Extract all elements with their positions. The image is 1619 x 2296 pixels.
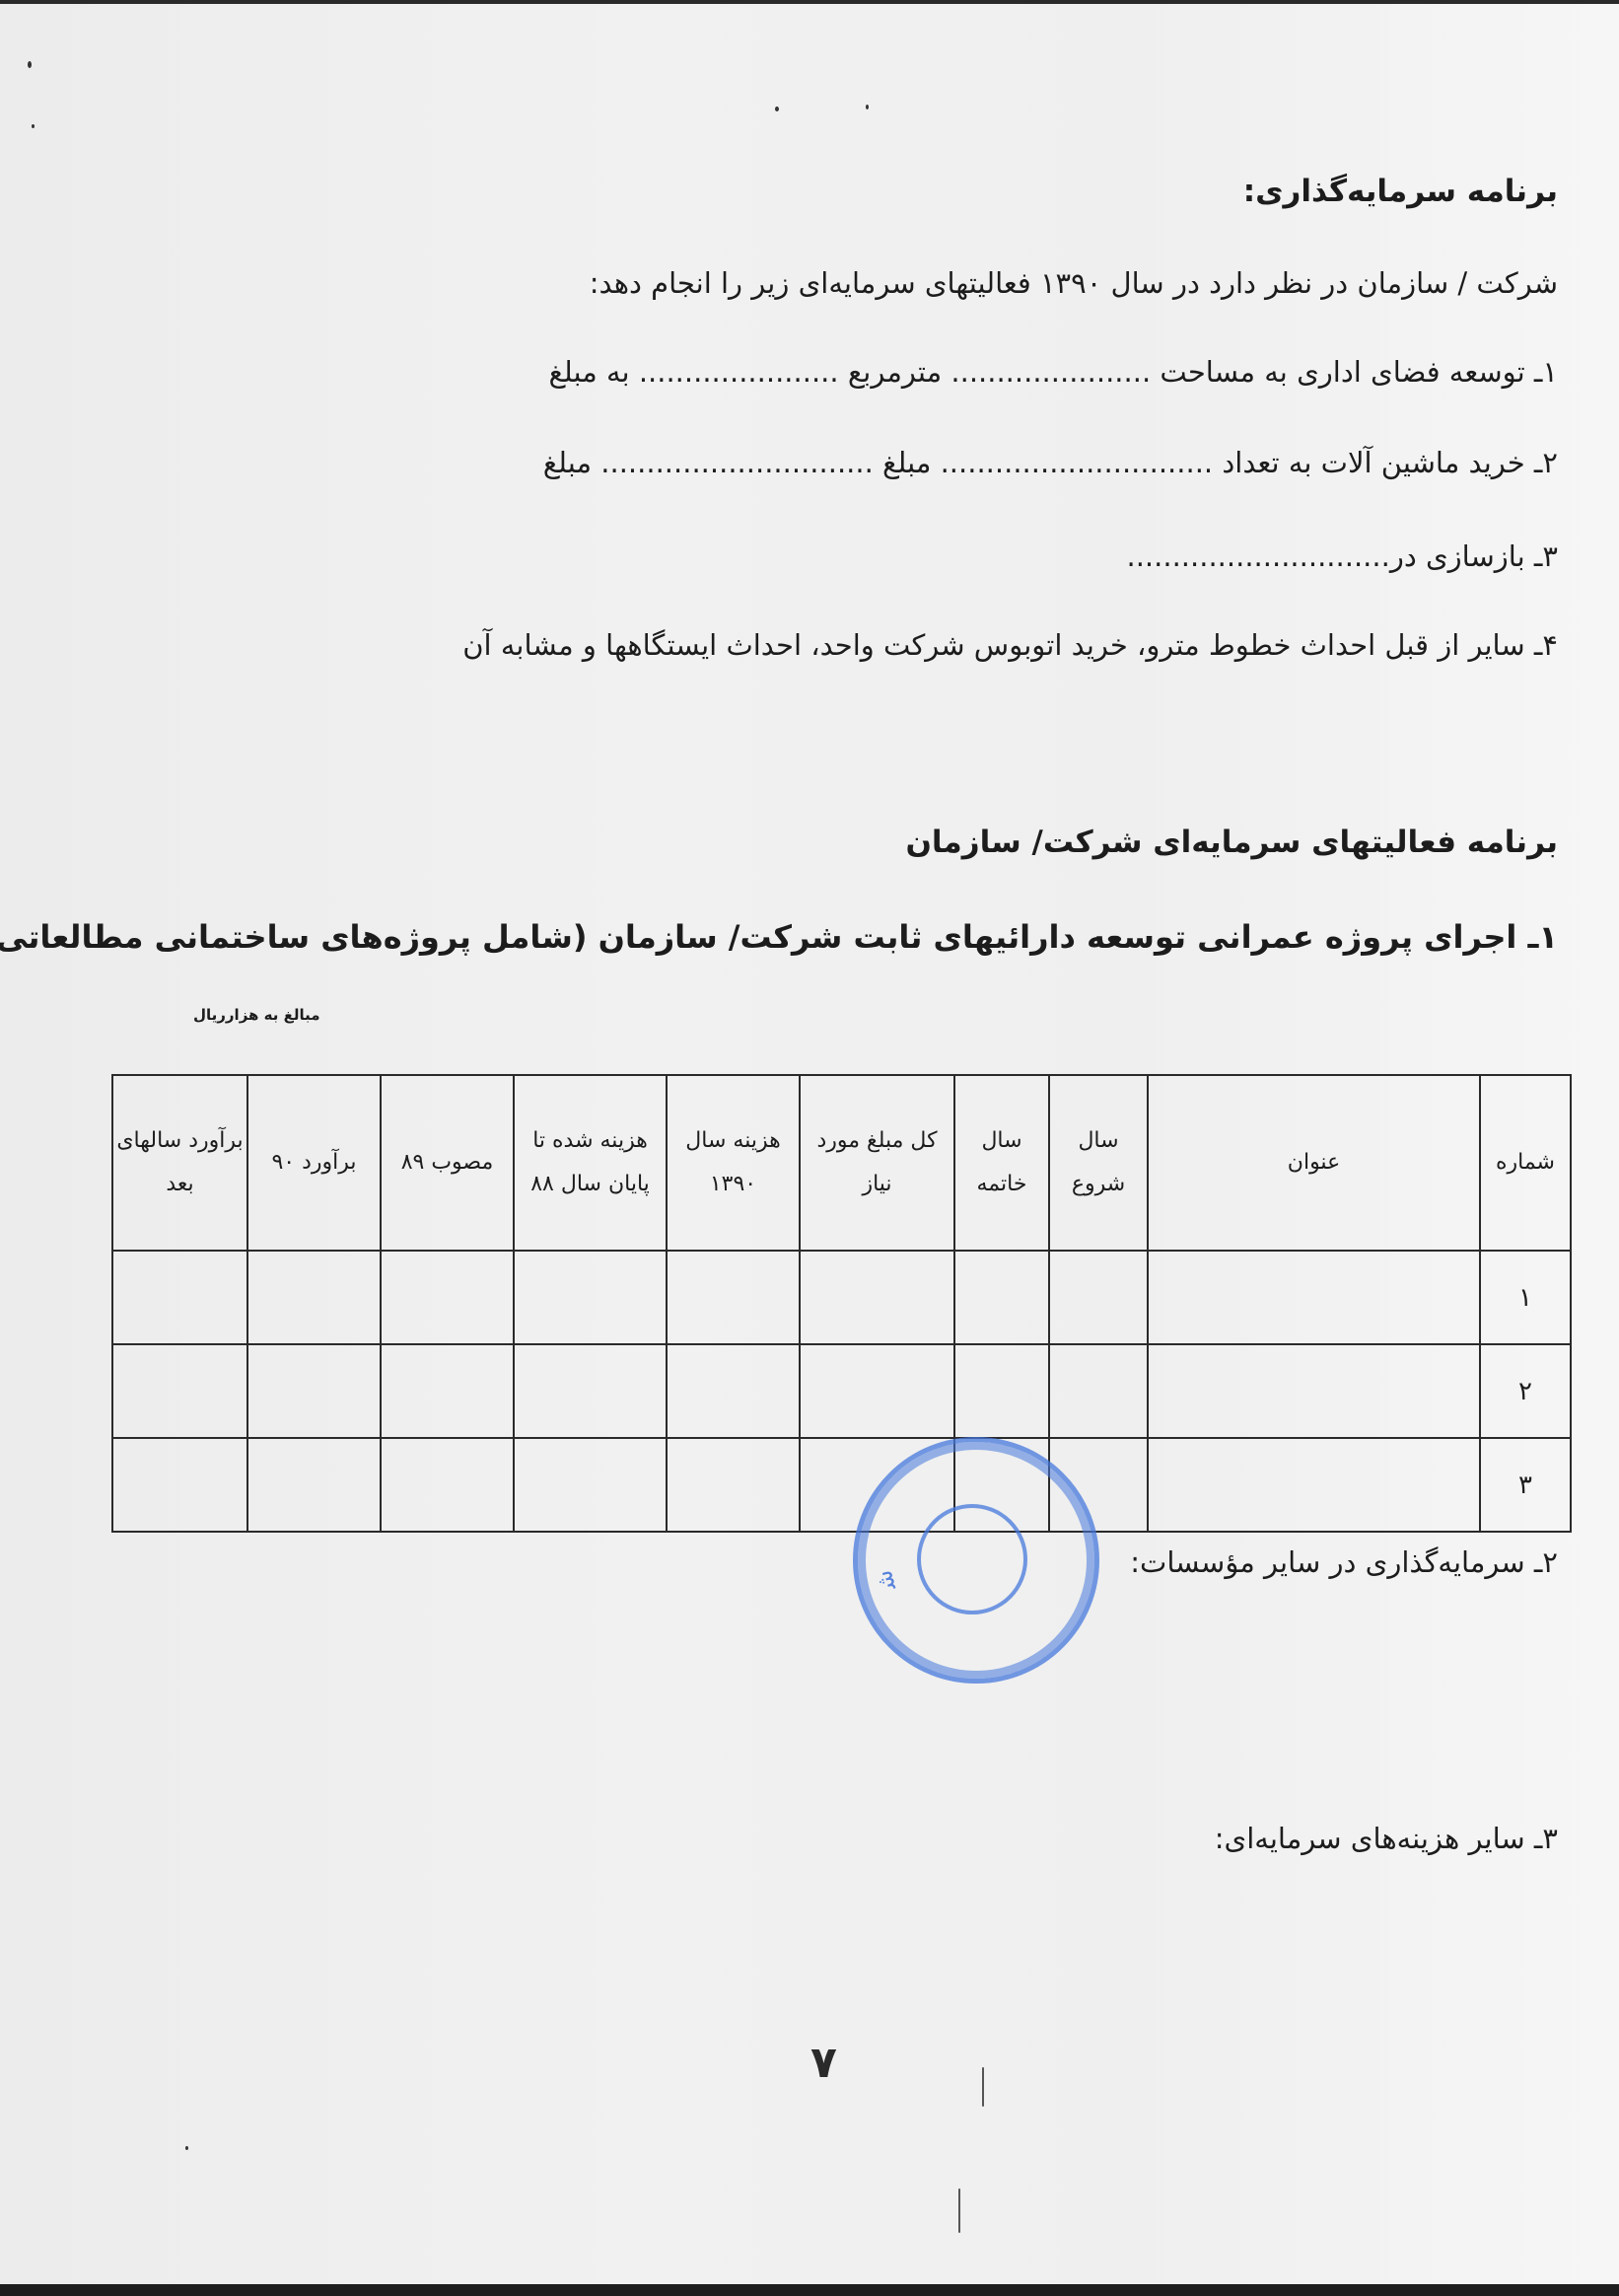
table-row: ۳: [112, 1438, 1571, 1532]
cell-spent-to-88[interactable]: [514, 1344, 667, 1438]
cell-estimate-90[interactable]: [247, 1438, 381, 1532]
cell-cost-1390[interactable]: [667, 1344, 800, 1438]
cell-approved-89[interactable]: [381, 1438, 514, 1532]
col-header-estimate-later: برآورد سالهای بعد: [112, 1075, 247, 1251]
cell-start-year[interactable]: [1049, 1251, 1148, 1344]
section-title: برنامه فعالیتهای سرمایه‌ای شرکت/ سازمان: [905, 825, 1558, 860]
col-header-start-year: سال شروع: [1049, 1075, 1148, 1251]
list-item: ۳ـ بازسازی در...........................…: [1126, 539, 1558, 573]
scan-bottom-edge: [0, 2284, 1619, 2296]
cell-title[interactable]: [1148, 1344, 1480, 1438]
scan-speck: [866, 105, 869, 109]
cell-spent-to-88[interactable]: [514, 1251, 667, 1344]
cell-approved-89[interactable]: [381, 1251, 514, 1344]
col-header-cost-1390: هزینه سال ۱۳۹۰: [667, 1075, 800, 1251]
col-header-title: عنوان: [1148, 1075, 1480, 1251]
page-number: ۷: [810, 2038, 837, 2088]
subsection-heading-3: ۳ـ سایر هزینه‌های سرمایه‌ای:: [1215, 1822, 1558, 1855]
cell-total-amount[interactable]: [800, 1251, 954, 1344]
cell-start-year[interactable]: [1049, 1344, 1148, 1438]
list-item: ۱ـ توسعه فضای اداری به مساحت ...........…: [548, 355, 1558, 389]
col-header-approved-89: مصوب ۸۹: [381, 1075, 514, 1251]
cell-estimate-later[interactable]: [112, 1251, 247, 1344]
official-seal-stamp: شورای اسلامی شهر تهران: [853, 1437, 1099, 1684]
col-header-estimate-90: برآورد ۹۰: [247, 1075, 381, 1251]
table-header-row: شماره عنوان سال شروع سال خاتمه کل مبلغ م…: [112, 1075, 1571, 1251]
cell-spent-to-88[interactable]: [514, 1438, 667, 1532]
cell-title[interactable]: [1148, 1251, 1480, 1344]
subsection-heading-2: ۲ـ سرمایه‌گذاری در سایر مؤسسات:: [1130, 1545, 1558, 1579]
svg-text:شورای اسلامی شهر تهران: شورای اسلامی شهر تهران: [858, 1442, 901, 1595]
row-number: ۲: [1480, 1344, 1571, 1438]
row-number: ۱: [1480, 1251, 1571, 1344]
scan-speck: [28, 61, 32, 68]
scan-mark: [958, 2188, 960, 2233]
cell-estimate-later[interactable]: [112, 1438, 247, 1532]
col-header-spent-to-88: هزینه شده تا پایان سال ۸۸: [514, 1075, 667, 1251]
cell-cost-1390[interactable]: [667, 1251, 800, 1344]
cell-estimate-90[interactable]: [247, 1344, 381, 1438]
col-header-end-year: سال خاتمه: [954, 1075, 1049, 1251]
cell-title[interactable]: [1148, 1438, 1480, 1532]
list-item: ۴ـ سایر از قبل احداث خطوط مترو، خرید اتو…: [462, 628, 1558, 662]
scan-mark: [982, 2067, 984, 2107]
cell-cost-1390[interactable]: [667, 1438, 800, 1532]
cell-end-year[interactable]: [954, 1344, 1049, 1438]
scan-speck: [185, 2146, 188, 2150]
units-note: مبالغ به هزارریال: [193, 1006, 320, 1024]
cell-total-amount[interactable]: [800, 1344, 954, 1438]
intro-paragraph: شرکت / سازمان در نظر دارد در سال ۱۳۹۰ فع…: [590, 266, 1558, 300]
cell-end-year[interactable]: [954, 1251, 1049, 1344]
document-page: برنامه سرمایه‌گذاری: شرکت / سازمان در نظ…: [0, 4, 1619, 2284]
list-item: ۲ـ خرید ماشین آلات به تعداد ............…: [543, 446, 1558, 479]
cell-estimate-90[interactable]: [247, 1251, 381, 1344]
table-row: ۲: [112, 1344, 1571, 1438]
page-title: برنامه سرمایه‌گذاری:: [1243, 174, 1558, 209]
cell-estimate-later[interactable]: [112, 1344, 247, 1438]
capital-projects-table: شماره عنوان سال شروع سال خاتمه کل مبلغ م…: [111, 1074, 1572, 1533]
row-number: ۳: [1480, 1438, 1571, 1532]
subsection-heading-1: ۱ـ اجرای پروژه عمرانی توسعه دارائیهای ثا…: [0, 918, 1558, 956]
scan-speck: [775, 107, 779, 111]
seal-text-arc: شورای اسلامی شهر تهران: [858, 1442, 1094, 1679]
scan-speck: [32, 124, 35, 128]
col-header-total-amount: کل مبلغ مورد نیاز: [800, 1075, 954, 1251]
table-row: ۱: [112, 1251, 1571, 1344]
col-header-number: شماره: [1480, 1075, 1571, 1251]
cell-approved-89[interactable]: [381, 1344, 514, 1438]
